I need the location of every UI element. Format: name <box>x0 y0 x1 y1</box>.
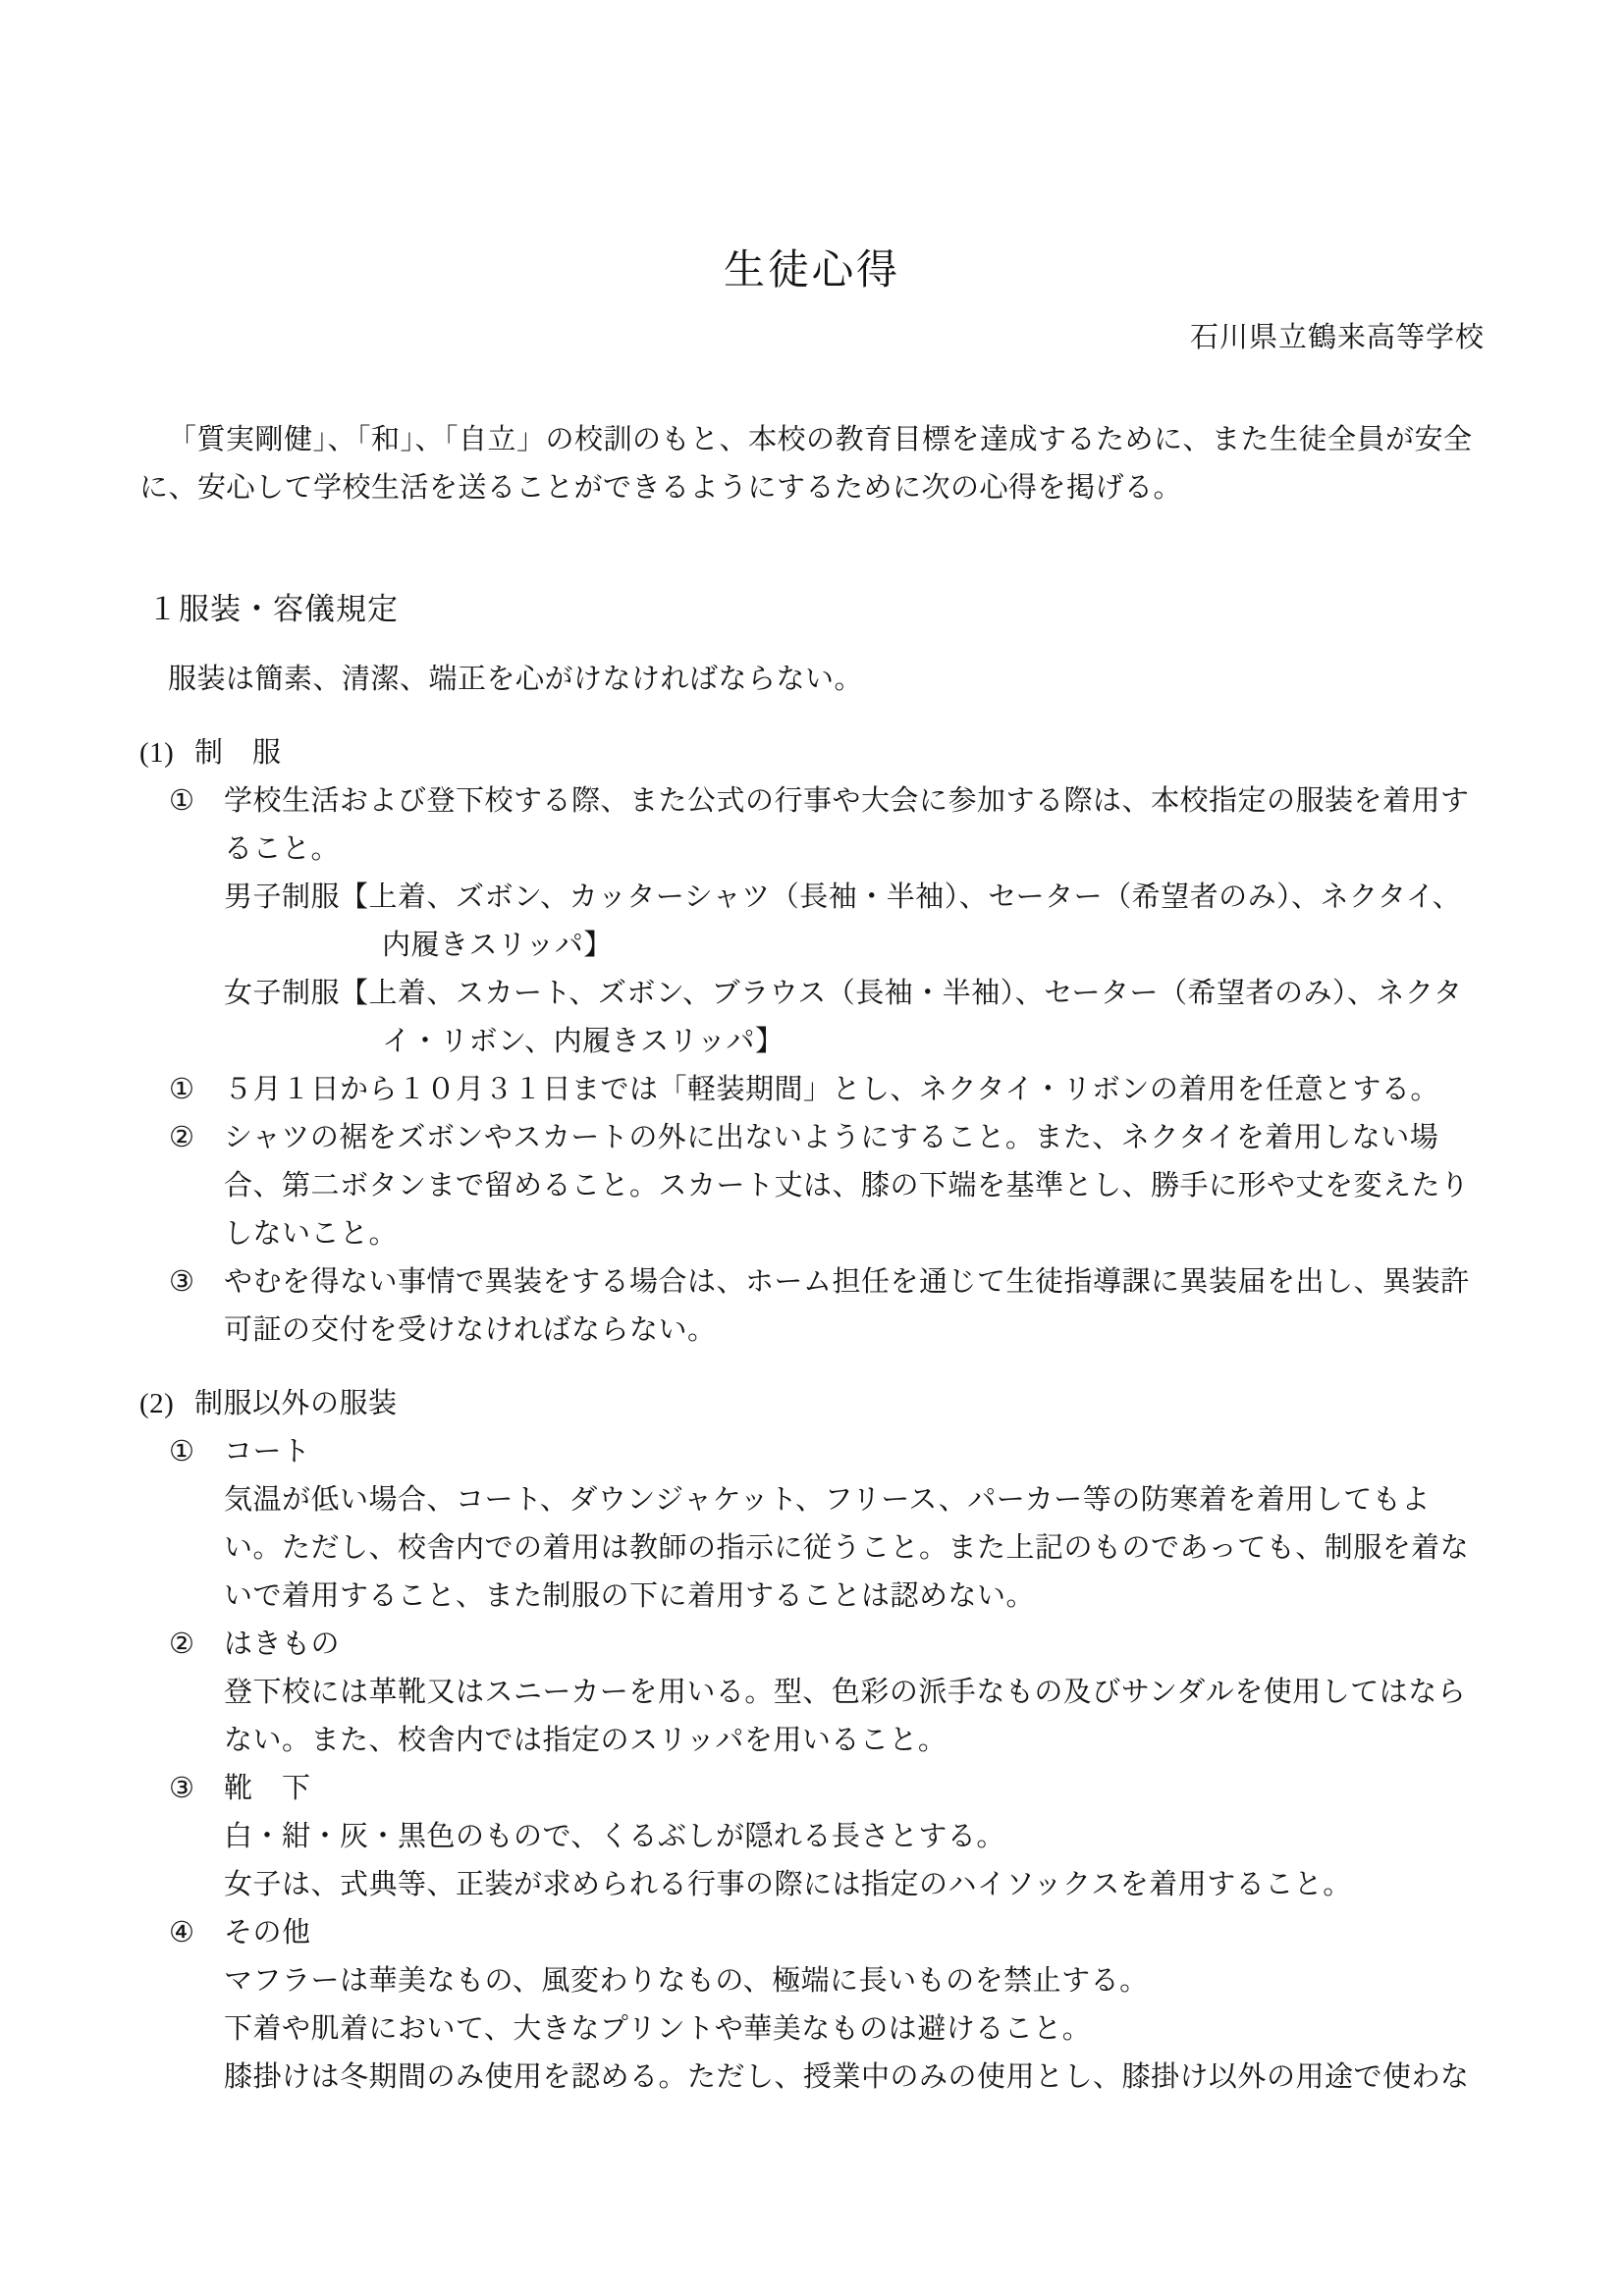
subsection2-label: (2) <box>139 1380 194 1428</box>
circled-number-bullet: ③ <box>169 1765 224 1813</box>
list-item-label: コート <box>224 1428 1485 1476</box>
list-item: ② はきもの <box>169 1621 1485 1669</box>
document-title: 生徒心得 <box>139 247 1485 294</box>
circled-number-bullet: ④ <box>169 1909 224 1957</box>
circled-number-bullet: ① <box>169 1428 224 1476</box>
uniform-girls-line: 女子制服【上着、スカート、ズボン、ブラウス（長袖・半袖）、セーター（希望者のみ）… <box>224 970 1485 1066</box>
list-item-paragraph: 女子は、式典等、正装が求められる行事の際には指定のハイソックスを着用すること。 <box>224 1861 1485 1909</box>
list-item-paragraph: マフラーは華美なもの、風変わりなもの、極端に長いものを禁止する。 <box>224 1957 1485 2005</box>
list-item-text: 学校生活および登下校する際、また公式の行事や大会に参加する際は、本校指定の服装を… <box>224 777 1485 874</box>
list-item-paragraph: 下着や肌着において、大きなプリントや華美なものは避けること。 <box>224 2005 1485 2054</box>
list-item: ① ５月１日から１０月３１日までは「軽装期間」とし、ネクタイ・リボンの着用を任意… <box>169 1066 1485 1114</box>
document-page: 生徒心得 石川県立鶴来高等学校 「質実剛健」、「和」、「自立」の校訓のもと、本校… <box>0 0 1624 2296</box>
list-item-text: やむを得ない事情で異装をする場合は、ホーム担任を通じて生徒指導課に異装届を出し、… <box>224 1258 1485 1355</box>
list-item-text: ５月１日から１０月３１日までは「軽装期間」とし、ネクタイ・リボンの着用を任意とす… <box>224 1066 1485 1114</box>
list-item-paragraph: 膝掛けは冬期間のみ使用を認める。ただし、授業中のみの使用とし、膝掛け以外の用途で… <box>224 2054 1485 2102</box>
uniform-boys-line: 男子制服【上着、ズボン、カッターシャツ（長袖・半袖）、セーター（希望者のみ）、ネ… <box>224 874 1485 970</box>
section1-heading: １服装・容儀規定 <box>147 585 1485 634</box>
section1-lead: 服装は簡素、清潔、端正を心がけなければならない。 <box>168 656 1485 704</box>
intro-paragraph: 「質実剛健」、「和」、「自立」の校訓のもと、本校の教育目標を達成するために、また… <box>139 416 1485 512</box>
list-item: ① 学校生活および登下校する際、また公式の行事や大会に参加する際は、本校指定の服… <box>169 777 1485 874</box>
list-item-paragraph: 白・紺・灰・黒色のもので、くるぶしが隠れる長さとする。 <box>224 1813 1485 1861</box>
subsection1-title: 制 服 <box>194 737 282 769</box>
circled-number-bullet: ② <box>169 1621 224 1669</box>
list-item-text: シャツの裾をズボンやスカートの外に出ないようにすること。また、ネクタイを着用しな… <box>224 1114 1485 1258</box>
subsection1-heading: (1)制 服 <box>139 729 1485 777</box>
circled-number-bullet: ① <box>169 1066 224 1114</box>
subsection2-heading: (2)制服以外の服装 <box>139 1380 1485 1428</box>
circled-number-bullet: ① <box>169 777 224 874</box>
school-name: 石川県立鶴来高等学校 <box>139 320 1485 355</box>
list-item: ② シャツの裾をズボンやスカートの外に出ないようにすること。また、ネクタイを着用… <box>169 1114 1485 1258</box>
circled-number-bullet: ③ <box>169 1258 224 1355</box>
list-item-label: はきもの <box>224 1621 1485 1669</box>
subsection2-title: 制服以外の服装 <box>194 1388 398 1419</box>
list-item: ① コート <box>169 1428 1485 1476</box>
list-item: ③ やむを得ない事情で異装をする場合は、ホーム担任を通じて生徒指導課に異装届を出… <box>169 1258 1485 1355</box>
subsection1-label: (1) <box>139 729 194 777</box>
list-item-paragraph: 気温が低い場合、コート、ダウンジャケット、フリース、パーカー等の防寒着を着用して… <box>224 1476 1485 1621</box>
circled-number-bullet: ② <box>169 1114 224 1258</box>
list-item-label: その他 <box>224 1909 1485 1957</box>
list-item-label: 靴 下 <box>224 1765 1485 1813</box>
list-item: ④ その他 <box>169 1909 1485 1957</box>
list-item: ③ 靴 下 <box>169 1765 1485 1813</box>
list-item-paragraph: 登下校には革靴又はスニーカーを用いる。型、色彩の派手なもの及びサンダルを使用して… <box>224 1669 1485 1765</box>
